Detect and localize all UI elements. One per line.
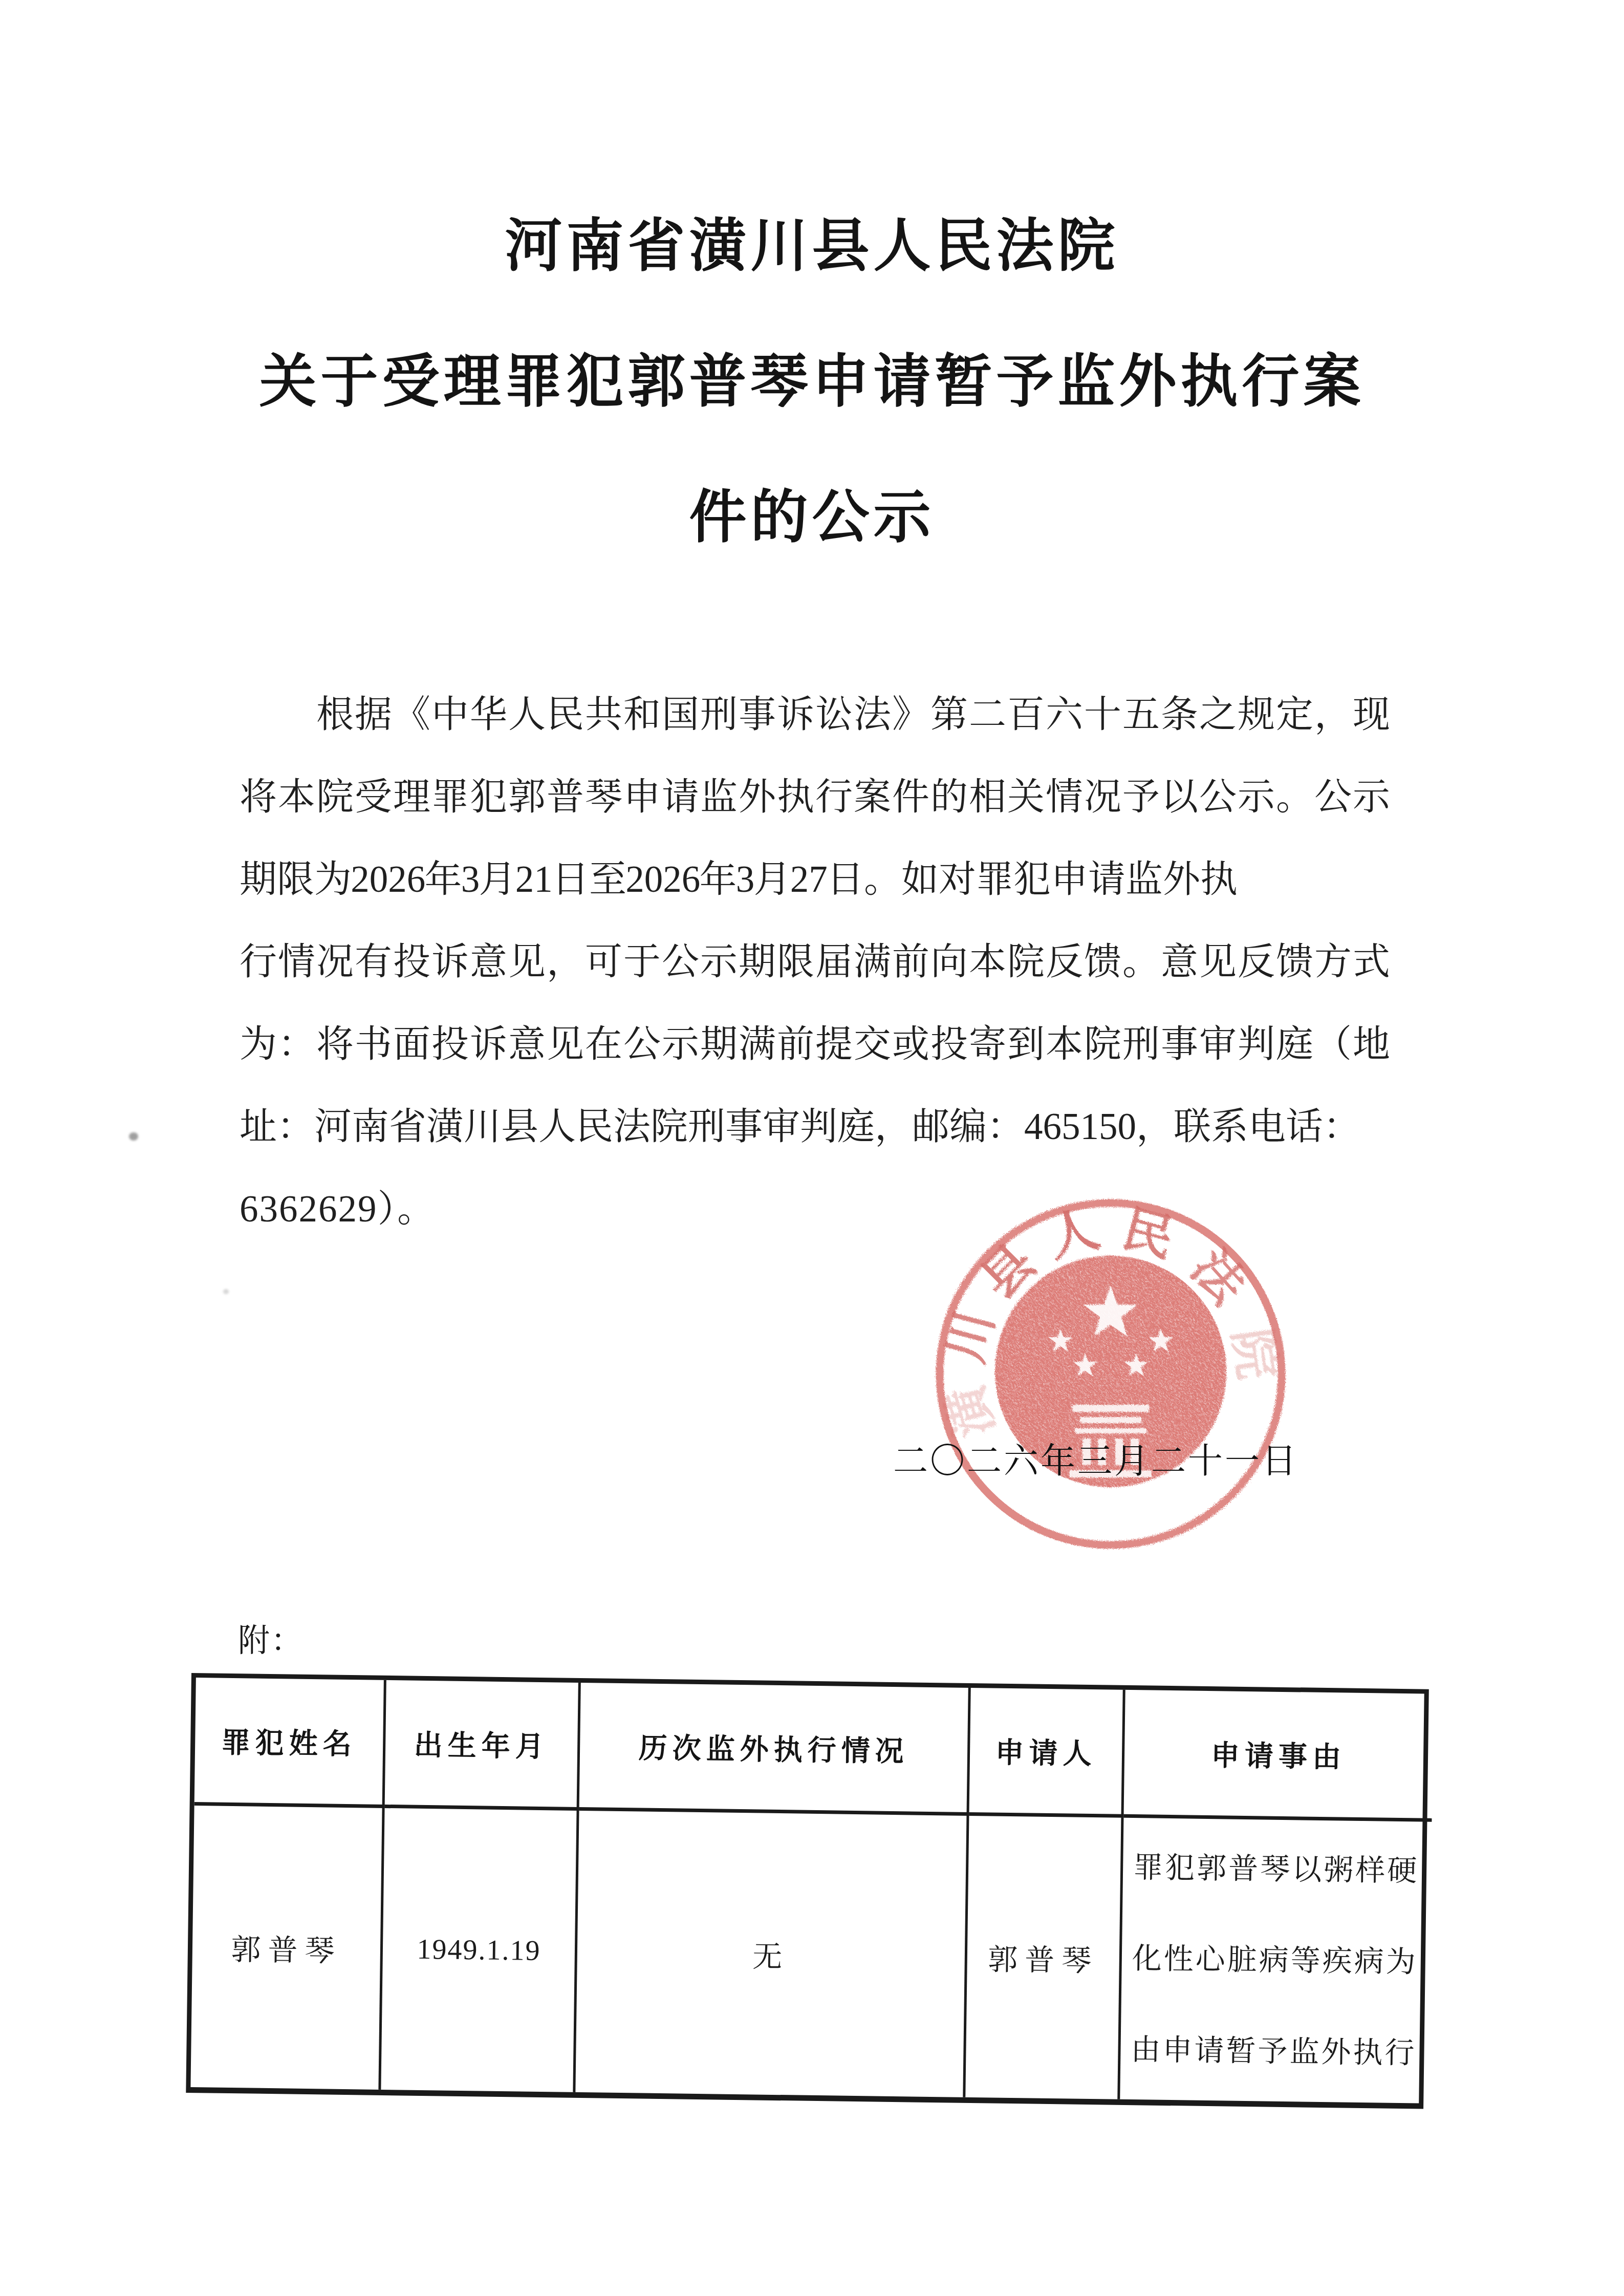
signature-date: 二〇二六年三月二十一日 (893, 1433, 1298, 1483)
seal-char: 川 (938, 1305, 1005, 1368)
table-header-birth-date: 出生年月 (385, 1680, 581, 1811)
body-line-3: 期限为 2026 年 3 月 21 日至 2026 年 3 月 27 日。如对罪… (240, 838, 1392, 920)
scan-speck (129, 1132, 138, 1141)
case-table: 罪犯姓名 出生年月 历次监外执行情况 申请人 申请事由 郭普琴 1949.1.1… (186, 1673, 1429, 2109)
title-line-court: 河南省潢川县人民法院 (0, 179, 1624, 315)
document-title: 河南省潢川县人民法院 关于受理罪犯郭普琴申请暂予监外执行案 件的公示 (0, 179, 1624, 586)
attachment-label: 附： (238, 1615, 304, 1661)
reason-line-2: 化性心脏病等疾病为 (1132, 1913, 1418, 2008)
reason-line-1: 罪犯郭普琴以粥样硬 (1133, 1822, 1419, 1917)
cell-criminal-name: 郭普琴 (190, 1806, 384, 2090)
cell-reason: 罪犯郭普琴以粥样硬 化性心脏病等疾病为 由申请暂予监外执行 (1120, 1818, 1432, 2104)
cell-applicant: 郭普琴 (965, 1816, 1123, 2099)
body-line-4: 行情况有投诉意见，可于公示期限届满前向本院反馈。意见反馈方式 (240, 920, 1392, 1003)
scan-speck (223, 1289, 229, 1294)
body-line-1: 根据《中华人民共和国刑事诉讼法》第二百六十五条之规定，现 (240, 673, 1392, 756)
seal-char: 院 (1223, 1325, 1285, 1383)
court-seal: 潢 川 县 人 民 法 院 (926, 1190, 1295, 1558)
body-paragraph: 根据《中华人民共和国刑事诉讼法》第二百六十五条之规定，现 将本院受理罪犯郭普琴申… (240, 673, 1392, 1250)
cell-prior-history: 无 (575, 1811, 969, 2097)
table-header-reason: 申请事由 (1123, 1690, 1433, 1822)
document-page: 河南省潢川县人民法院 关于受理罪犯郭普琴申请暂予监外执行案 件的公示 根据《中华… (0, 0, 1624, 2296)
body-line-2: 将本院受理罪犯郭普琴申请监外执行案件的相关情况予以公示。公示 (240, 756, 1392, 838)
body-line-5: 为：将书面投诉意见在公示期满前提交或投寄到本院刑事审判庭（地 (240, 1003, 1392, 1085)
table-header-criminal-name: 罪犯姓名 (194, 1678, 386, 1808)
title-line-subject-cont: 件的公示 (0, 450, 1624, 586)
table-header-applicant: 申请人 (969, 1688, 1125, 1818)
cell-birth-date: 1949.1.19 (381, 1808, 579, 2092)
body-line-6: 址：河南省潢川县人民法院刑事审判庭，邮编：465150，联系电话： (240, 1085, 1392, 1168)
title-line-subject: 关于受理罪犯郭普琴申请暂予监外执行案 (0, 315, 1624, 450)
table-header-prior-history: 历次监外执行情况 (579, 1683, 971, 1816)
reason-line-3: 由申请暂予监外执行 (1130, 2004, 1417, 2099)
